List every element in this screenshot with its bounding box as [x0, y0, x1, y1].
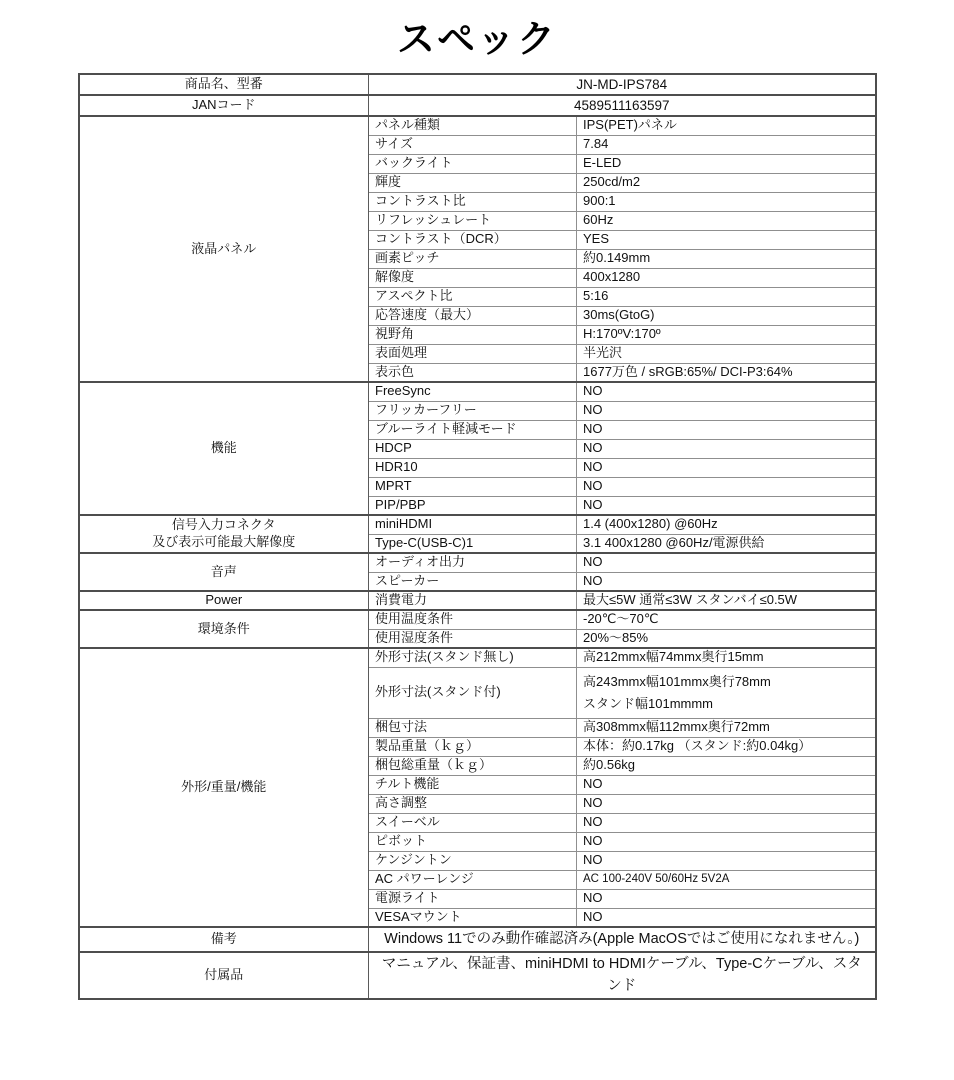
spec-value-cell: 半光沢: [577, 344, 876, 363]
spec-label-cell: サイズ: [369, 135, 577, 154]
spec-value-cell: NO: [577, 889, 876, 908]
spec-value-cell: H:170ºV:170º: [577, 325, 876, 344]
table-row: 機能FreeSyncNO: [79, 382, 876, 401]
spec-label-cell: 応答速度（最大）: [369, 306, 577, 325]
spec-value-cell: IPS(PET)パネル: [577, 116, 876, 135]
spec-value-cell: NO: [577, 553, 876, 572]
table-row: 環境条件使用温度条件-20℃～70℃: [79, 610, 876, 629]
spec-value-cell: NO: [577, 382, 876, 401]
spec-label-cell: 画素ピッチ: [369, 249, 577, 268]
spec-label-cell: FreeSync: [369, 382, 577, 401]
spec-label-cell: スイーベル: [369, 813, 577, 832]
spec-value-cell: NO: [577, 794, 876, 813]
category-label-line: 及び表示可能最大解像度: [86, 534, 363, 551]
merged-value-cell: マニュアル、保証書、miniHDMI to HDMIケーブル、Type-Cケーブ…: [369, 952, 876, 999]
spec-value-cell: 約0.149mm: [577, 249, 876, 268]
merged-value-line: (Apple MacOSではご使用になれません。): [593, 931, 860, 947]
spec-label-cell: 消費電力: [369, 591, 577, 610]
category-cell: 音声: [79, 553, 369, 591]
merged-value-line: Windows 11でのみ動作確認済み: [384, 931, 592, 947]
table-row: 付属品マニュアル、保証書、miniHDMI to HDMIケーブル、Type-C…: [79, 952, 876, 999]
table-row: 液晶パネルパネル種類IPS(PET)パネル: [79, 116, 876, 135]
spec-label-cell: アスペクト比: [369, 287, 577, 306]
row-header-cell: JANコード: [79, 95, 369, 116]
spec-label-cell: 高さ調整: [369, 794, 577, 813]
merged-value-line: マニュアル、保証書、miniHDMI to HDMIケーブル、: [382, 956, 716, 972]
spec-value-cell: 30ms(GtoG): [577, 306, 876, 325]
merged-value-cell: Windows 11でのみ動作確認済み(Apple MacOSではご使用になれま…: [369, 927, 876, 951]
spec-label-cell: 解像度: [369, 268, 577, 287]
spec-value-cell: NO: [577, 813, 876, 832]
spec-value-cell: AC 100-240V 50/60Hz 5V2A: [577, 870, 876, 889]
spec-value-cell: 60Hz: [577, 211, 876, 230]
table-row: 音声オーディオ出力NO: [79, 553, 876, 572]
spec-label-cell: ケンジントン: [369, 851, 577, 870]
spec-value-cell: -20℃～70℃: [577, 610, 876, 629]
spec-label-cell: 電源ライト: [369, 889, 577, 908]
spec-table-body: 商品名、型番JN-MD-IPS784JANコード4589511163597液晶パ…: [79, 74, 876, 999]
spec-value-cell: 5:16: [577, 287, 876, 306]
spec-label-cell: フリッカーフリー: [369, 401, 577, 420]
spec-value-cell: 250cd/m2: [577, 173, 876, 192]
spec-label-cell: 表面処理: [369, 344, 577, 363]
category-cell: 環境条件: [79, 610, 369, 648]
spec-label-cell: VESAマウント: [369, 908, 577, 927]
table-row: Power消費電力最大≤5W 通常≤3W スタンバイ≤0.5W: [79, 591, 876, 610]
category-label-line: 信号入力コネクタ: [86, 517, 363, 534]
spec-value-cell: 本体：約0.17kg （スタンド:約0.04kg）: [577, 737, 876, 756]
spec-label-cell: コントラスト（DCR）: [369, 230, 577, 249]
spec-label-cell: ピボット: [369, 832, 577, 851]
category-cell: 信号入力コネクタ及び表示可能最大解像度: [79, 515, 369, 553]
spec-value-cell: NO: [577, 572, 876, 591]
category-cell: 付属品: [79, 952, 369, 999]
spec-value-cell: YES: [577, 230, 876, 249]
spec-value-cell: 400x1280: [577, 268, 876, 287]
spec-value-cell: NO: [577, 832, 876, 851]
spec-value-cell: NO: [577, 477, 876, 496]
spec-label-cell: HDR10: [369, 458, 577, 477]
spec-label-cell: コントラスト比: [369, 192, 577, 211]
spec-label-cell: 表示色: [369, 363, 577, 382]
spec-label-cell: AC パワーレンジ: [369, 870, 577, 889]
spec-label-cell: Type-C(USB-C)1: [369, 534, 577, 553]
spec-value-cell: 最大≤5W 通常≤3W スタンバイ≤0.5W: [577, 591, 876, 610]
table-row: JANコード4589511163597: [79, 95, 876, 116]
category-cell: 機能: [79, 382, 369, 515]
spec-value-cell: 約0.56kg: [577, 756, 876, 775]
spec-label-cell: MPRT: [369, 477, 577, 496]
spec-label-cell: 外形寸法(スタンド無し): [369, 648, 577, 667]
spec-value-cell: NO: [577, 458, 876, 477]
spec-label-cell: ブルーライト軽減モード: [369, 420, 577, 439]
spec-value-cell: NO: [577, 908, 876, 927]
spec-label-cell: 梱包総重量（ｋｇ）: [369, 756, 577, 775]
spec-label-cell: 使用温度条件: [369, 610, 577, 629]
table-row: 信号入力コネクタ及び表示可能最大解像度miniHDMI1.4 (400x1280…: [79, 515, 876, 534]
category-cell: 備考: [79, 927, 369, 951]
spec-label-cell: リフレッシュレート: [369, 211, 577, 230]
spec-value-cell: NO: [577, 420, 876, 439]
spec-label-cell: 梱包寸法: [369, 718, 577, 737]
spec-label-cell: miniHDMI: [369, 515, 577, 534]
spec-value-cell: 高212mmx幅74mmx奥行15mm: [577, 648, 876, 667]
category-cell: 液晶パネル: [79, 116, 369, 382]
spec-label-cell: 輝度: [369, 173, 577, 192]
spec-value-line: 高243mmx幅101mmx奥行78mm: [583, 671, 869, 693]
spec-label-cell: バックライト: [369, 154, 577, 173]
spec-value-cell: NO: [577, 775, 876, 794]
spec-value-cell: E-LED: [577, 154, 876, 173]
spec-label-cell: PIP/PBP: [369, 496, 577, 515]
table-row: 外形/重量/機能外形寸法(スタンド無し)高212mmx幅74mmx奥行15mm: [79, 648, 876, 667]
row-value-cell: JN-MD-IPS784: [369, 74, 876, 95]
spec-sheet-page: スペック 商品名、型番JN-MD-IPS784JANコード45895111635…: [0, 0, 954, 1000]
spec-label-cell: チルト機能: [369, 775, 577, 794]
spec-label-cell: HDCP: [369, 439, 577, 458]
spec-value-cell: 7.84: [577, 135, 876, 154]
category-cell: 外形/重量/機能: [79, 648, 369, 927]
spec-value-cell: NO: [577, 401, 876, 420]
row-value-cell: 4589511163597: [369, 95, 876, 116]
spec-value-cell: NO: [577, 496, 876, 515]
spec-value-cell: 高243mmx幅101mmx奥行78mmスタンド幅101mmmm: [577, 667, 876, 718]
spec-label-cell: 製品重量（ｋｇ）: [369, 737, 577, 756]
spec-value-cell: 1.4 (400x1280) @60Hz: [577, 515, 876, 534]
spec-value-cell: 900:1: [577, 192, 876, 211]
category-cell: Power: [79, 591, 369, 610]
spec-value-cell: 20%～85%: [577, 629, 876, 648]
spec-label-cell: スピーカー: [369, 572, 577, 591]
spec-value-cell: NO: [577, 851, 876, 870]
spec-label-cell: 視野角: [369, 325, 577, 344]
spec-value-cell: 3.1 400x1280 @60Hz/電源供給: [577, 534, 876, 553]
spec-value-line: スタンド幅101mmmm: [583, 693, 869, 715]
spec-label-cell: オーディオ出力: [369, 553, 577, 572]
table-row: 備考Windows 11でのみ動作確認済み(Apple MacOSではご使用にな…: [79, 927, 876, 951]
spec-table: 商品名、型番JN-MD-IPS784JANコード4589511163597液晶パ…: [78, 73, 877, 1000]
page-title: スペック: [0, 8, 954, 63]
spec-value-cell: 高308mmx幅112mmx奥行72mm: [577, 718, 876, 737]
spec-label-cell: 外形寸法(スタンド付): [369, 667, 577, 718]
table-row: 商品名、型番JN-MD-IPS784: [79, 74, 876, 95]
spec-label-cell: パネル種類: [369, 116, 577, 135]
spec-value-cell: NO: [577, 439, 876, 458]
spec-value-cell: 1677万色 / sRGB:65%/ DCI-P3:64%: [577, 363, 876, 382]
row-header-cell: 商品名、型番: [79, 74, 369, 95]
spec-label-cell: 使用湿度条件: [369, 629, 577, 648]
